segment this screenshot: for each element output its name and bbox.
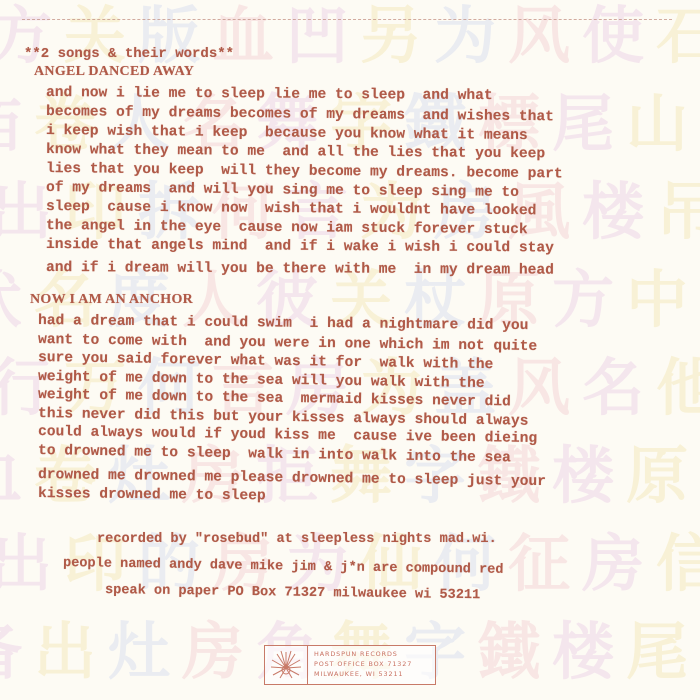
credit-recorded: recorded by "rosebud" at sleepless night… xyxy=(97,532,497,547)
credit-people: people named andy dave mike jim & j*n ar… xyxy=(63,556,504,578)
lyric-line: had a dream that i could swim i had a ni… xyxy=(38,314,529,334)
lyric-line: the angel in the eye cause now iam stuck… xyxy=(46,219,528,238)
lyric-line: becomes of my dreams becomes of my dream… xyxy=(46,105,554,125)
label-po-box: Post Office Box 71327 xyxy=(314,659,435,669)
lyric-line: sleep cause i know now wish that i would… xyxy=(46,200,537,219)
lyric-line: of my dreams and will you sing me to sle… xyxy=(46,181,519,201)
label-city: Milwaukee, WI 53211 xyxy=(314,669,435,679)
song-title-now-i-am-an-anchor: NOW I AM AN ANCHOR xyxy=(30,292,193,307)
starburst-icon xyxy=(265,646,308,684)
record-label-stamp: Hardspun Records Post Office Box 71327 M… xyxy=(264,645,436,685)
lyric-line: to drowned me to sleep walk in into walk… xyxy=(38,444,511,466)
lyric-line: know what they mean to me and all the li… xyxy=(46,143,545,162)
lyric-line: and now i lie me to sleep lie me to slee… xyxy=(46,86,493,104)
lyric-line: kisses drowned me to sleep xyxy=(38,487,266,504)
lyric-line: lies that you keep will they become my d… xyxy=(46,162,563,182)
top-divider xyxy=(22,19,672,20)
lyric-line: and if i dream will you be there with me… xyxy=(46,261,554,279)
song-title-angel-danced-away: ANGEL DANCED AWAY xyxy=(34,64,194,79)
lyric-line: i keep wish that i keep because you know… xyxy=(46,124,528,144)
credit-address: speak on paper PO Box 71327 milwaukee wi… xyxy=(105,583,480,603)
lyric-line: inside that angels mind and if i wake i … xyxy=(46,238,554,257)
page-header: **2 songs & their words** xyxy=(24,47,234,62)
label-name: Hardspun Records xyxy=(314,649,435,659)
label-address-block: Hardspun Records Post Office Box 71327 M… xyxy=(308,646,435,684)
